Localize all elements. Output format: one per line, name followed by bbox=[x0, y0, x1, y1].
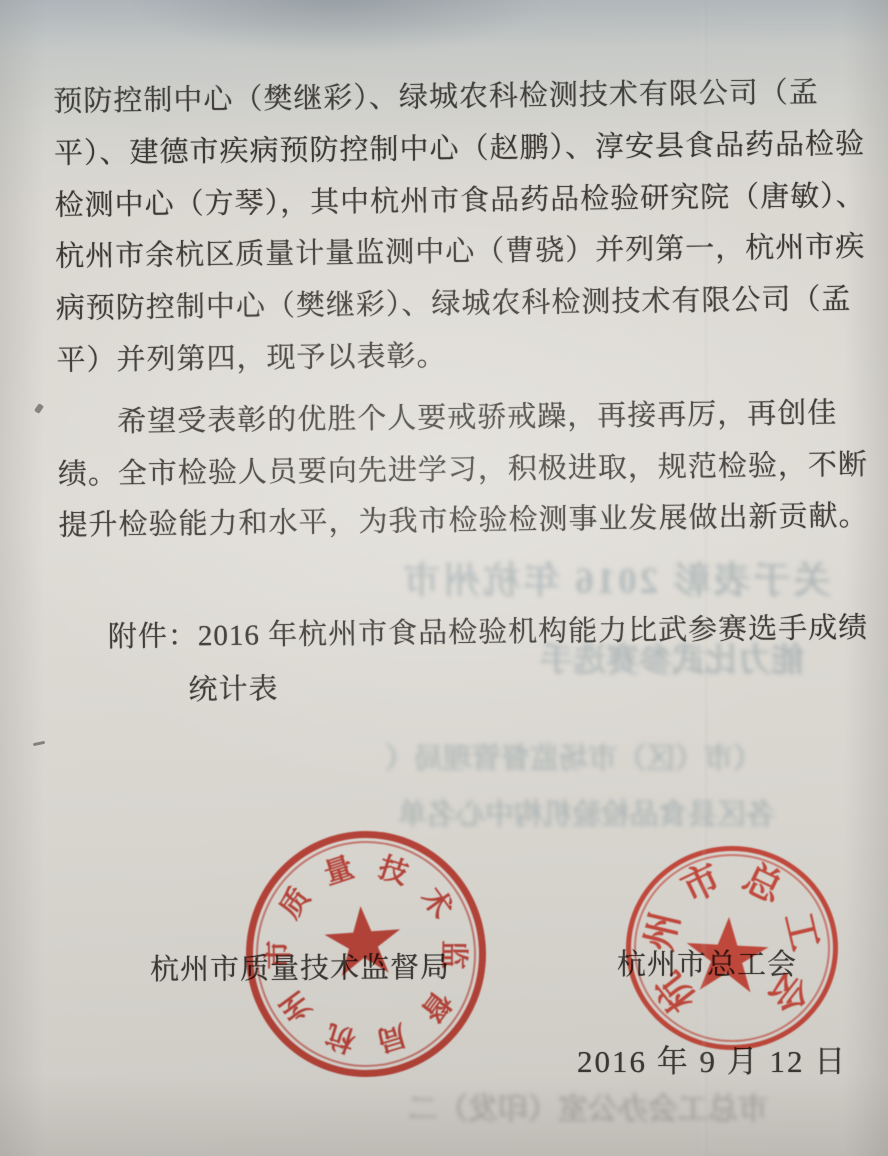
seal-character: 质 bbox=[274, 882, 319, 927]
document-date: 2016 年 9 月 12 日 bbox=[577, 1036, 847, 1081]
document-body: 预防控制中心（樊继彩）、绿城农科检测技术有限公司（孟 平）、建德市疾病预防控制中… bbox=[53, 69, 867, 723]
attachment-line-2: 统计表 bbox=[60, 659, 867, 723]
bleed-through-text: 市总工会办公室（印发）二 bbox=[408, 1084, 768, 1128]
seal-character: 州 bbox=[275, 983, 320, 1028]
seal-character: 技 bbox=[373, 852, 413, 892]
seal-character: 督 bbox=[413, 983, 458, 1028]
text-line: 提升检验能力和水平，为我市检验检测事业发展做出新贡献。 bbox=[58, 493, 865, 555]
bleed-through-text: （市（区）市场监督管理局（ bbox=[385, 736, 762, 777]
paper-speck bbox=[33, 741, 45, 746]
bleed-through-text: 各区县食品检验机构中心名单 bbox=[398, 792, 775, 833]
attachment-title: 2016 年杭州市食品检验机构能力比武参赛选手成绩 bbox=[198, 612, 869, 652]
seal-character: 总 bbox=[734, 857, 790, 913]
signature-right-org: 杭州市总工会 bbox=[617, 942, 797, 983]
attachment-line-1: 附件：2016 年杭州市食品检验机构能力比武参赛选手成绩 bbox=[60, 605, 867, 669]
seal-character: 术 bbox=[414, 882, 459, 927]
document-photo: 关于表彰 2016 年杭州市 能力比武参赛选手 （市（区）市场监督管理局（ 各区… bbox=[0, 0, 888, 1156]
signature-left-org: 杭州市质量技术监督局 bbox=[150, 945, 450, 989]
seal-character: 杭 bbox=[321, 1016, 361, 1056]
attachment-block: 附件：2016 年杭州市食品检验机构能力比武参赛选手成绩 统计表 bbox=[60, 605, 867, 723]
paragraph-2: 希望受表彰的优胜个人要戒骄戒躁，再接再厉，再创佳 绩。全市检验人员要向先进学习，… bbox=[57, 390, 865, 555]
paper-speck bbox=[34, 403, 44, 414]
seal-character: 量 bbox=[319, 852, 359, 892]
attachment-label: 附件： bbox=[108, 620, 198, 653]
paragraph-1: 预防控制中心（樊继彩）、绿城农科检测技术有限公司（孟 平）、建德市疾病预防控制中… bbox=[53, 69, 863, 390]
text-line: 平）并列第四，现予以表彰。 bbox=[56, 328, 863, 390]
seal-character: 局 bbox=[371, 1016, 411, 1056]
seal-character: 市 bbox=[674, 857, 730, 913]
